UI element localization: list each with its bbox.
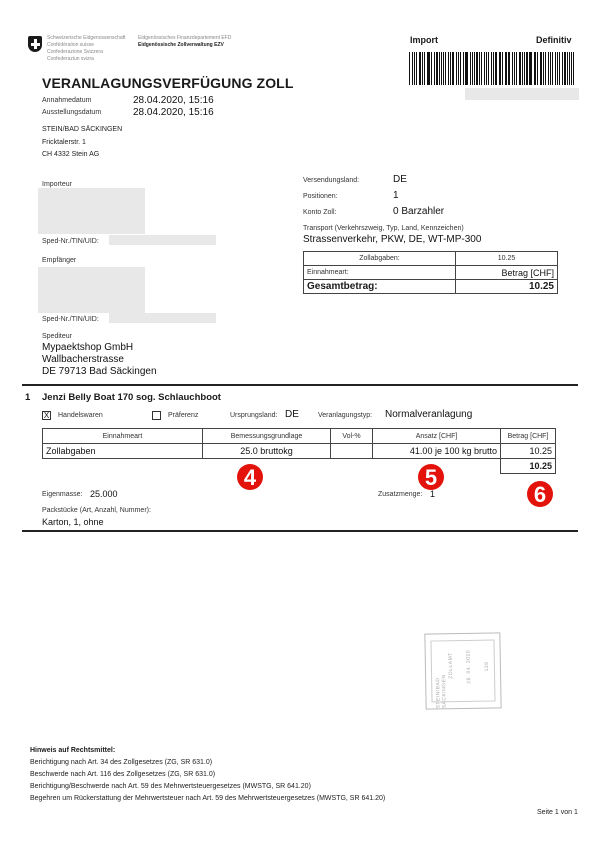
item-description: Jenzi Belly Boat 170 sog. Schlauchboot: [42, 392, 221, 403]
federal-line-de: Schweizerische Eidgenossenschaft: [47, 35, 125, 42]
cell-betrag: 10.25: [501, 444, 556, 459]
handelswaren-checkbox[interactable]: X: [42, 411, 51, 420]
page-number: Seite 1 von 1: [537, 809, 578, 816]
declaration-status: Definitiv: [536, 35, 572, 45]
spediteur-city: DE 79713 Bad Säckingen: [42, 366, 157, 377]
packstuecke-value: Karton, 1, ohne: [42, 517, 104, 527]
zollabgaben-value: 10.25: [456, 252, 558, 266]
konto-label: Konto Zoll:: [303, 209, 336, 216]
transport-label: Transport (Verkehrszweig, Typ, Land, Ken…: [303, 225, 464, 232]
redacted-empfaenger-sped: [109, 313, 216, 323]
ausstellungsdatum-label: Ausstellungsdatum: [42, 109, 101, 116]
customs-stamp: STEIN/BAD SÄCKINGEN ZOLLAMT 28. 04. 2020…: [424, 632, 501, 709]
cell-einnahmeart: Zollabgaben: [43, 444, 203, 459]
spediteur-label: Spediteur: [42, 333, 72, 340]
summary-row-header: Einnahmeart: Betrag [CHF]: [304, 266, 558, 280]
transport-value: Strassenverkehr, PKW, DE, WT-MP-300: [303, 234, 481, 245]
cell-vol: [331, 444, 373, 459]
spediteur-name: Mypaektshop GmbH: [42, 342, 133, 353]
importeur-sped-label: Sped-Nr./TIN/UID:: [42, 238, 99, 245]
cell-bemessungsgrundlage: 25.0 bruttokg: [203, 444, 331, 459]
ausstellungsdatum-value: 28.04.2020, 15:16: [133, 107, 214, 118]
handelswaren-label: Handelswaren: [58, 412, 103, 419]
annahmedatum-label: Annahmedatum: [42, 97, 91, 104]
item-total: 10.25: [501, 459, 556, 474]
gesamtbetrag-value: 10.25: [456, 280, 558, 294]
legal-heading: Hinweis auf Rechtsmittel:: [30, 747, 115, 754]
section-divider-bottom: [22, 530, 578, 532]
agency-name: Eidgenössische Zollverwaltung EZV: [138, 42, 231, 49]
veranlagungstyp-label: Veranlagungstyp:: [318, 412, 372, 419]
page-title: VERANLAGUNGSVERFÜGUNG ZOLL: [42, 75, 294, 91]
versendungsland-label: Versendungsland:: [303, 177, 359, 184]
betrag-header: Betrag [CHF]: [456, 266, 558, 280]
versendungsland-value: DE: [393, 174, 407, 185]
konto-value: 0 Barzahler: [393, 206, 444, 217]
department-block: Eidgenössisches Finanzdepartement EFD Ei…: [138, 35, 231, 49]
barcode: [409, 52, 576, 85]
cell-ansatz: 41.00 je 100 kg brutto: [373, 444, 501, 459]
summary-row-zollabgaben: Zollabgaben: 10.25: [304, 252, 558, 266]
legal-line-3: Berichtigung/Beschwerde nach Art. 59 des…: [30, 783, 311, 790]
positionen-label: Positionen:: [303, 193, 338, 200]
federal-line-rm: Confederaziun svizra: [47, 56, 125, 63]
summary-row-total: Gesamtbetrag: 10.25: [304, 280, 558, 294]
summary-table: Zollabgaben: 10.25 Einnahmeart: Betrag […: [303, 251, 558, 294]
zusatzmenge-value: 1: [430, 489, 435, 499]
eigenmasse-label: Eigenmasse:: [42, 491, 82, 498]
packstuecke-label: Packstücke (Art, Anzahl, Nummer):: [42, 507, 151, 514]
redacted-importeur-sped: [109, 235, 216, 245]
col-einnahmeart: Einnahmeart: [43, 429, 203, 444]
declaration-type: Import: [410, 35, 438, 45]
legal-line-2: Beschwerde nach Art. 116 des Zollgesetze…: [30, 771, 215, 778]
item-duty-table: Einnahmeart Bemessungsgrundlage Vol-% An…: [42, 428, 556, 474]
table-row: Zollabgaben 25.0 bruttokg 41.00 je 100 k…: [43, 444, 556, 459]
col-bemessungsgrundlage: Bemessungsgrundlage: [203, 429, 331, 444]
col-betrag: Betrag [CHF]: [501, 429, 556, 444]
federal-line-it: Confederazione Svizzera: [47, 49, 125, 56]
annotation-badge-4: 4: [237, 464, 263, 490]
table-total-row: 10.25: [43, 459, 556, 474]
stamp-date: 28. 04. 2020: [466, 650, 473, 684]
stamp-number: 139: [484, 662, 490, 672]
stamp-office: STEIN/BAD SÄCKINGEN: [435, 644, 448, 708]
legal-line-1: Berichtigung nach Art. 34 des Zollgesetz…: [30, 759, 212, 766]
empfaenger-label: Empfänger: [42, 257, 76, 264]
redacted-empfaenger: [38, 267, 145, 313]
col-vol: Vol-%: [331, 429, 373, 444]
federal-name-block: Schweizerische Eidgenossenschaft Confédé…: [47, 35, 125, 63]
section-divider-top: [22, 384, 578, 386]
department-name: Eidgenössisches Finanzdepartement EFD: [138, 35, 231, 42]
annahmedatum-value: 28.04.2020, 15:16: [133, 95, 214, 106]
importeur-label: Importeur: [42, 181, 72, 188]
spediteur-street: Wallbacherstrasse: [42, 354, 124, 365]
item-number: 1: [25, 392, 30, 403]
office-name: STEIN/BAD SÄCKINGEN: [42, 126, 122, 133]
ursprungsland-label: Ursprungsland:: [230, 412, 277, 419]
office-street: Fricktalerstr. 1: [42, 139, 86, 146]
stamp-title: ZOLLAMT: [448, 652, 454, 679]
praeferenz-label: Präferenz: [168, 412, 198, 419]
office-city: CH 4332 Stein AG: [42, 151, 99, 158]
positionen-value: 1: [393, 190, 399, 201]
redacted-importeur: [38, 188, 145, 234]
eigenmasse-value: 25.000: [90, 489, 118, 499]
federal-line-fr: Confédération suisse: [47, 42, 125, 49]
redacted-barcode-number: [465, 88, 579, 100]
annotation-badge-6: 6: [527, 481, 553, 507]
zusatzmenge-label: Zusatzmenge:: [378, 491, 422, 498]
praeferenz-checkbox[interactable]: [152, 411, 161, 420]
legal-line-4: Begehren um Rückerstattung der Mehrwerts…: [30, 795, 385, 802]
zollabgaben-label: Zollabgaben:: [304, 252, 456, 266]
swiss-crest-icon: [28, 36, 42, 52]
gesamtbetrag-label: Gesamtbetrag:: [304, 280, 456, 294]
annotation-badge-5: 5: [418, 464, 444, 490]
col-ansatz: Ansatz [CHF]: [373, 429, 501, 444]
einnahmeart-label: Einnahmeart:: [304, 266, 456, 280]
ursprungsland-value: DE: [285, 409, 299, 420]
veranlagungstyp-value: Normalveranlagung: [385, 409, 472, 420]
empfaenger-sped-label: Sped-Nr./TIN/UID:: [42, 316, 99, 323]
item-table-header: Einnahmeart Bemessungsgrundlage Vol-% An…: [43, 429, 556, 444]
